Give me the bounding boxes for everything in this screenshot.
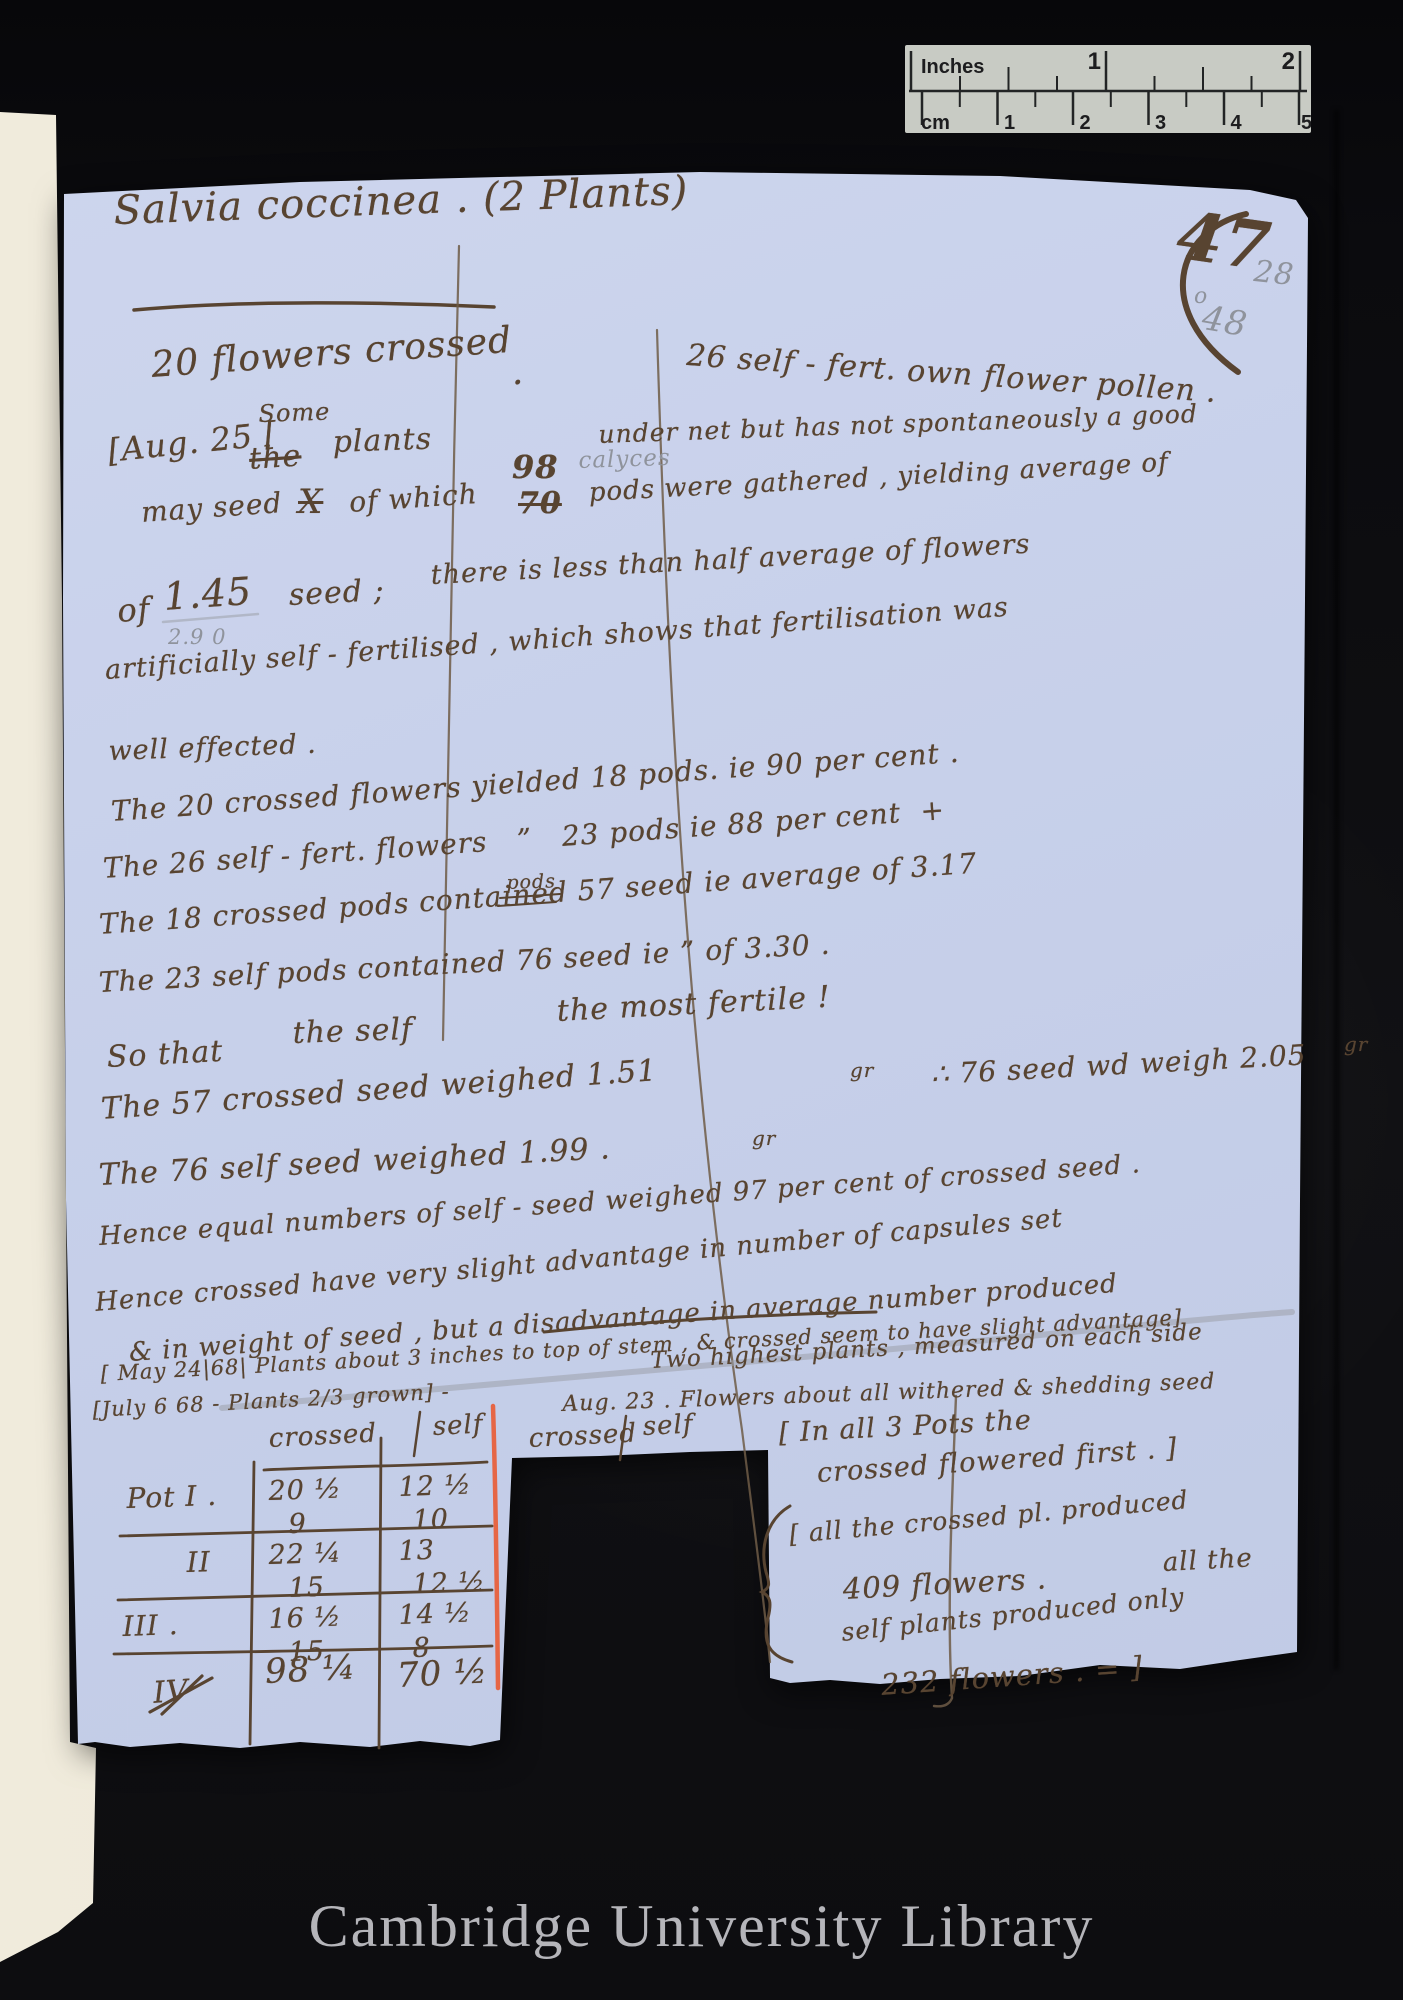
- handwriting-line: 28: [1252, 254, 1296, 293]
- handwriting-line: 12 ½: [412, 1566, 486, 1600]
- handwriting-line: So that: [106, 1034, 224, 1075]
- handwriting-line: gr: [850, 1058, 874, 1082]
- handwriting-line: 2.9 0: [168, 625, 226, 649]
- handwriting-line: seed ;: [288, 573, 385, 613]
- handwriting-line: self: [432, 1409, 484, 1442]
- handwriting-line: 70: [518, 486, 562, 521]
- handwriting-line: 20 ½: [268, 1473, 342, 1507]
- handwriting-line: all the: [1162, 1543, 1253, 1578]
- table-header-rule: [264, 1462, 487, 1470]
- svg-text:2: 2: [1282, 48, 1295, 75]
- handwriting-line: Some: [258, 397, 331, 427]
- handwriting-line: 9: [288, 1508, 307, 1540]
- handwriting-line: 13: [398, 1535, 435, 1567]
- handwriting-line: IV: [152, 1674, 190, 1711]
- handwriting-line: 48: [1199, 298, 1251, 345]
- svg-text:3: 3: [1155, 112, 1166, 133]
- handwriting-line: .: [512, 352, 524, 393]
- handwriting-line: 15: [288, 1572, 325, 1604]
- svg-text:cm: cm: [921, 112, 950, 133]
- handwriting-line: 1.45: [162, 569, 253, 619]
- svg-text:1: 1: [1004, 112, 1015, 133]
- handwriting-line: 22 ¼: [268, 1537, 342, 1571]
- handwriting-line: 16 ½: [268, 1601, 342, 1635]
- handwriting-line: gr: [1344, 1032, 1368, 1056]
- table-vline-1: [250, 1462, 254, 1744]
- svg-text:4: 4: [1231, 112, 1243, 133]
- ruler: Inchescm1212345: [905, 45, 1311, 133]
- handwriting-line: II: [186, 1545, 211, 1579]
- column-divider-bottom: [934, 1396, 956, 1706]
- note-brace: [762, 1506, 792, 1662]
- handwriting-line: X: [298, 482, 323, 522]
- red-crayon-line: [493, 1406, 498, 1688]
- title-underline: [134, 303, 494, 310]
- handwriting-line: self: [642, 1409, 694, 1442]
- handwriting-line: crossed: [528, 1418, 638, 1454]
- handwriting-line: 12 ½: [398, 1469, 472, 1503]
- handwriting-line: calyces: [578, 445, 671, 474]
- handwriting-line: of: [116, 590, 152, 630]
- svg-text:5: 5: [1301, 112, 1311, 133]
- handwriting-line: crossed: [268, 1418, 378, 1454]
- scan-canvas: Salvia coccinea . (2 Plants)4728o4820 fl…: [0, 0, 1403, 2000]
- svg-text:1: 1: [1088, 48, 1101, 75]
- handwriting-line: 10: [412, 1504, 449, 1536]
- handwriting-line: the: [248, 438, 302, 477]
- handwriting-line: 14 ½: [398, 1597, 472, 1631]
- handwriting-line: 70 ½: [396, 1651, 489, 1696]
- svg-text:2: 2: [1080, 112, 1091, 133]
- handwriting-line: gr: [752, 1126, 776, 1150]
- handwriting-line: plants: [332, 422, 433, 460]
- handwriting-line: the self: [292, 1012, 414, 1051]
- handwriting-line: 98 ¼: [264, 1647, 357, 1692]
- handwriting-line: Pot I .: [126, 1479, 218, 1515]
- svg-text:Inches: Inches: [921, 56, 984, 78]
- library-watermark: Cambridge University Library: [0, 1892, 1403, 1961]
- handwriting-line: III .: [122, 1608, 179, 1643]
- handwriting-line: 98: [512, 448, 559, 486]
